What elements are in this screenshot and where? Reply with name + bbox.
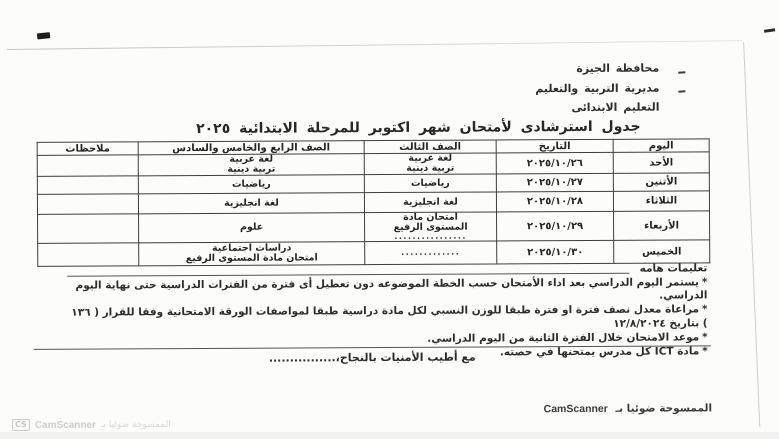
scan-dash-mark <box>678 71 685 74</box>
page-top-edge-line <box>7 40 742 50</box>
letterhead: محافظة الجيزة مديرية التربية والتعليم ال… <box>535 59 659 118</box>
cell-date: ٢٠٢٥/١٠/٢٩ <box>497 211 614 241</box>
table-row-wednesday: الأربعاء ٢٠٢٥/١٠/٢٩ امتحان مادة المستوى … <box>38 211 710 244</box>
scan-dash-mark <box>678 90 685 93</box>
letterhead-directorate: مديرية التربية والتعليم <box>535 78 659 98</box>
camscanner-brand: CamScanner <box>544 403 608 415</box>
scanned-document: محافظة الجيزة مديرية التربية والتعليم ال… <box>0 0 779 439</box>
cell-day: الخميس <box>614 240 710 264</box>
camscanner-watermark-right: الممسوحة ضوئيا بـ CamScanner <box>544 402 712 415</box>
page-right-edge-line <box>743 42 760 427</box>
letterhead-governorate: محافظة الجيزة <box>535 59 659 79</box>
cell-notes <box>37 194 138 215</box>
cell-day: الأحد <box>613 152 709 174</box>
bullet-asterisk: * <box>702 304 708 316</box>
instruction-item: *مراعاة معدل نصف فترة او فترة طبقا للوزن… <box>68 304 708 334</box>
cell-grade456: دراسات اجتماعية امتحان مادة المستوى الرف… <box>139 242 365 266</box>
cell-notes <box>38 243 139 267</box>
exam-schedule-table: اليوم التاريخ الصف الثالث الصف الرابع وا… <box>37 138 711 267</box>
header-day: اليوم <box>613 139 709 153</box>
camscanner-logo-icon: CS <box>12 419 30 431</box>
cell-grade3: رياضيات <box>364 174 496 193</box>
camscanner-brand-faint: CamScanner <box>35 420 96 431</box>
document-title: جدول استرشادى لأمتحان شهر اكتوبر للمرحلة… <box>196 119 641 137</box>
scan-bottom-band <box>0 432 779 439</box>
cell-grade3: لغة انجليزية <box>364 192 496 213</box>
cell-grade456: علوم <box>139 213 365 243</box>
cell-date: ٢٠٢٥/١٠/٣٠ <box>497 240 614 264</box>
instructions-heading: تعليمات هامه <box>640 262 708 275</box>
cell-date: ٢٠٢٥/١٠/٢٨ <box>496 191 613 212</box>
cell-date: ٢٠٢٥/١٠/٢٦ <box>496 152 613 174</box>
cell-day: الأربعاء <box>614 211 710 241</box>
header-grade3: الصف الثالث <box>364 140 496 154</box>
instruction-item: *يستمر اليوم الدراسي بعد اداء الأمتحان ح… <box>67 276 707 306</box>
document-sheet: محافظة الجيزة مديرية التربية والتعليم ال… <box>0 0 779 439</box>
cell-day: الثلاثاء <box>613 191 709 212</box>
scanned-with-label-faint: الممسوحة ضوئيا بـ <box>101 420 171 430</box>
scanned-with-label: الممسوحة ضوئيا بـ <box>615 402 712 415</box>
scan-mark-top-right <box>764 28 775 33</box>
cell-date: ٢٠٢٥/١٠/٢٧ <box>496 173 613 192</box>
letterhead-stage: التعليم الابتدائى <box>535 98 659 118</box>
cell-notes <box>37 176 138 195</box>
scan-mark-top-left <box>37 32 51 39</box>
header-notes: ملاحظات <box>37 142 138 156</box>
cell-grade456: لغة انجليزية <box>138 193 364 214</box>
cell-notes <box>37 155 138 177</box>
cell-notes <box>38 214 139 244</box>
bullet-asterisk: * <box>702 331 708 343</box>
cell-grade456: لغة عربية تربية دينية <box>138 154 364 176</box>
closing-wish: مع أطيب الأمنيات بالنجاح،...............… <box>34 349 711 366</box>
camscanner-watermark-left: CS CamScanner الممسوحة ضوئيا بـ <box>12 419 171 431</box>
heading-rule-line <box>67 265 629 277</box>
cell-grade3: ............. <box>365 241 497 265</box>
cell-grade456: رياضيات <box>138 175 364 194</box>
cell-day: الأتنين <box>613 173 709 192</box>
cell-grade3: لغة عربية تربية دينية <box>364 153 496 175</box>
cell-grade3: امتحان مادة المستوى الرفيع .............… <box>365 212 497 242</box>
header-date: التاريخ <box>496 139 613 153</box>
bullet-asterisk: * <box>702 276 708 288</box>
header-grade456: الصف الرابع والخامس والسادس <box>138 141 364 155</box>
